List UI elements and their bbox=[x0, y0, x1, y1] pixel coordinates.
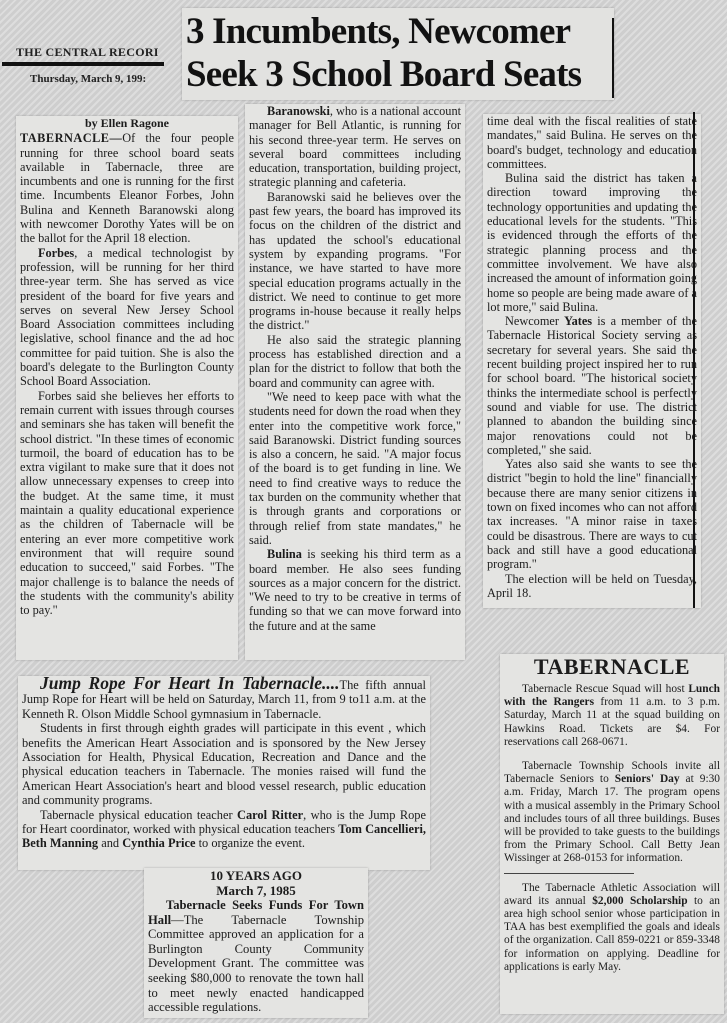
article-paragraph: Baranowski, who is a national account ma… bbox=[249, 104, 461, 190]
article-paragraph: Forbes said she believes her efforts to … bbox=[20, 389, 234, 618]
jump-rope-paragraph: Students in first through eighth grades … bbox=[22, 721, 426, 807]
article-paragraph: The election will be held on Tuesday, Ap… bbox=[487, 572, 697, 601]
publication-date: Thursday, March 9, 199: bbox=[30, 73, 164, 85]
article-paragraph: "We need to keep pace with what the stud… bbox=[249, 390, 461, 547]
masthead-rule bbox=[2, 62, 164, 66]
ten-years-ago-date: March 7, 1985 bbox=[148, 883, 364, 898]
tabernacle-notes-clipping: TABERNACLE Tabernacle Rescue Squad will … bbox=[500, 654, 724, 1014]
headline-clipping: 3 Incumbents, Newcomer Seek 3 School Boa… bbox=[182, 8, 614, 100]
article-paragraph: Bulina said the district has taken a dir… bbox=[487, 171, 697, 314]
article-column-2: Baranowski, who is a national account ma… bbox=[245, 104, 465, 660]
byline: by Ellen Ragone bbox=[20, 116, 234, 130]
article-paragraph: TABERNACLE—Of the four people running fo… bbox=[20, 131, 234, 245]
article-paragraph: time deal with the fiscal realities of s… bbox=[487, 114, 697, 171]
article-column-1: by Ellen Ragone TABERNACLE—Of the four p… bbox=[16, 116, 238, 660]
jump-rope-title: Jump Rope For Heart In Tabernacle.... bbox=[40, 673, 340, 693]
notice-divider bbox=[504, 873, 634, 874]
article-paragraph: Yates also said she wants to see the dis… bbox=[487, 457, 697, 571]
article-paragraph: Forbes, a medical technologist by profes… bbox=[20, 246, 234, 389]
jump-rope-paragraph: Tabernacle physical education teacher Ca… bbox=[22, 808, 426, 851]
ten-years-ago-heading: 10 YEARS AGO bbox=[148, 868, 364, 883]
jump-rope-lead: Jump Rope For Heart In Tabernacle....The… bbox=[22, 676, 426, 721]
article-paragraph: He also said the strategic planning proc… bbox=[249, 333, 461, 390]
notice-item: Tabernacle Rescue Squad will host Lunch … bbox=[504, 683, 720, 749]
dateline: TABERNACLE— bbox=[20, 131, 122, 145]
jump-rope-clipping: Jump Rope For Heart In Tabernacle....The… bbox=[18, 676, 430, 870]
headline-line-2: Seek 3 School Board Seats bbox=[186, 53, 606, 96]
ten-years-ago-clipping: 10 YEARS AGO March 7, 1985 Tabernacle Se… bbox=[144, 868, 368, 1018]
article-paragraph: Baranowski said he believes over the pas… bbox=[249, 190, 461, 333]
column-rule bbox=[693, 112, 695, 608]
headline-line-1: 3 Incumbents, Newcomer bbox=[186, 10, 606, 53]
headline: 3 Incumbents, Newcomer Seek 3 School Boa… bbox=[186, 10, 606, 96]
article-paragraph: Newcomer Yates is a member of the Tabern… bbox=[487, 314, 697, 457]
notice-item: The Tabernacle Athletic Association will… bbox=[504, 882, 720, 974]
notice-item: Tabernacle Township Schools invite all T… bbox=[504, 760, 720, 866]
newspaper-name: THE CENTRAL RECORI bbox=[16, 45, 164, 60]
tabernacle-notes-title: TABERNACLE bbox=[504, 654, 720, 680]
article-column-3: time deal with the fiscal realities of s… bbox=[483, 114, 701, 608]
article-paragraph: Bulina is seeking his third term as a bo… bbox=[249, 547, 461, 633]
ten-years-ago-text: Tabernacle Seeks Funds For Town Hall—The… bbox=[148, 898, 364, 1015]
headline-rule bbox=[612, 18, 614, 98]
